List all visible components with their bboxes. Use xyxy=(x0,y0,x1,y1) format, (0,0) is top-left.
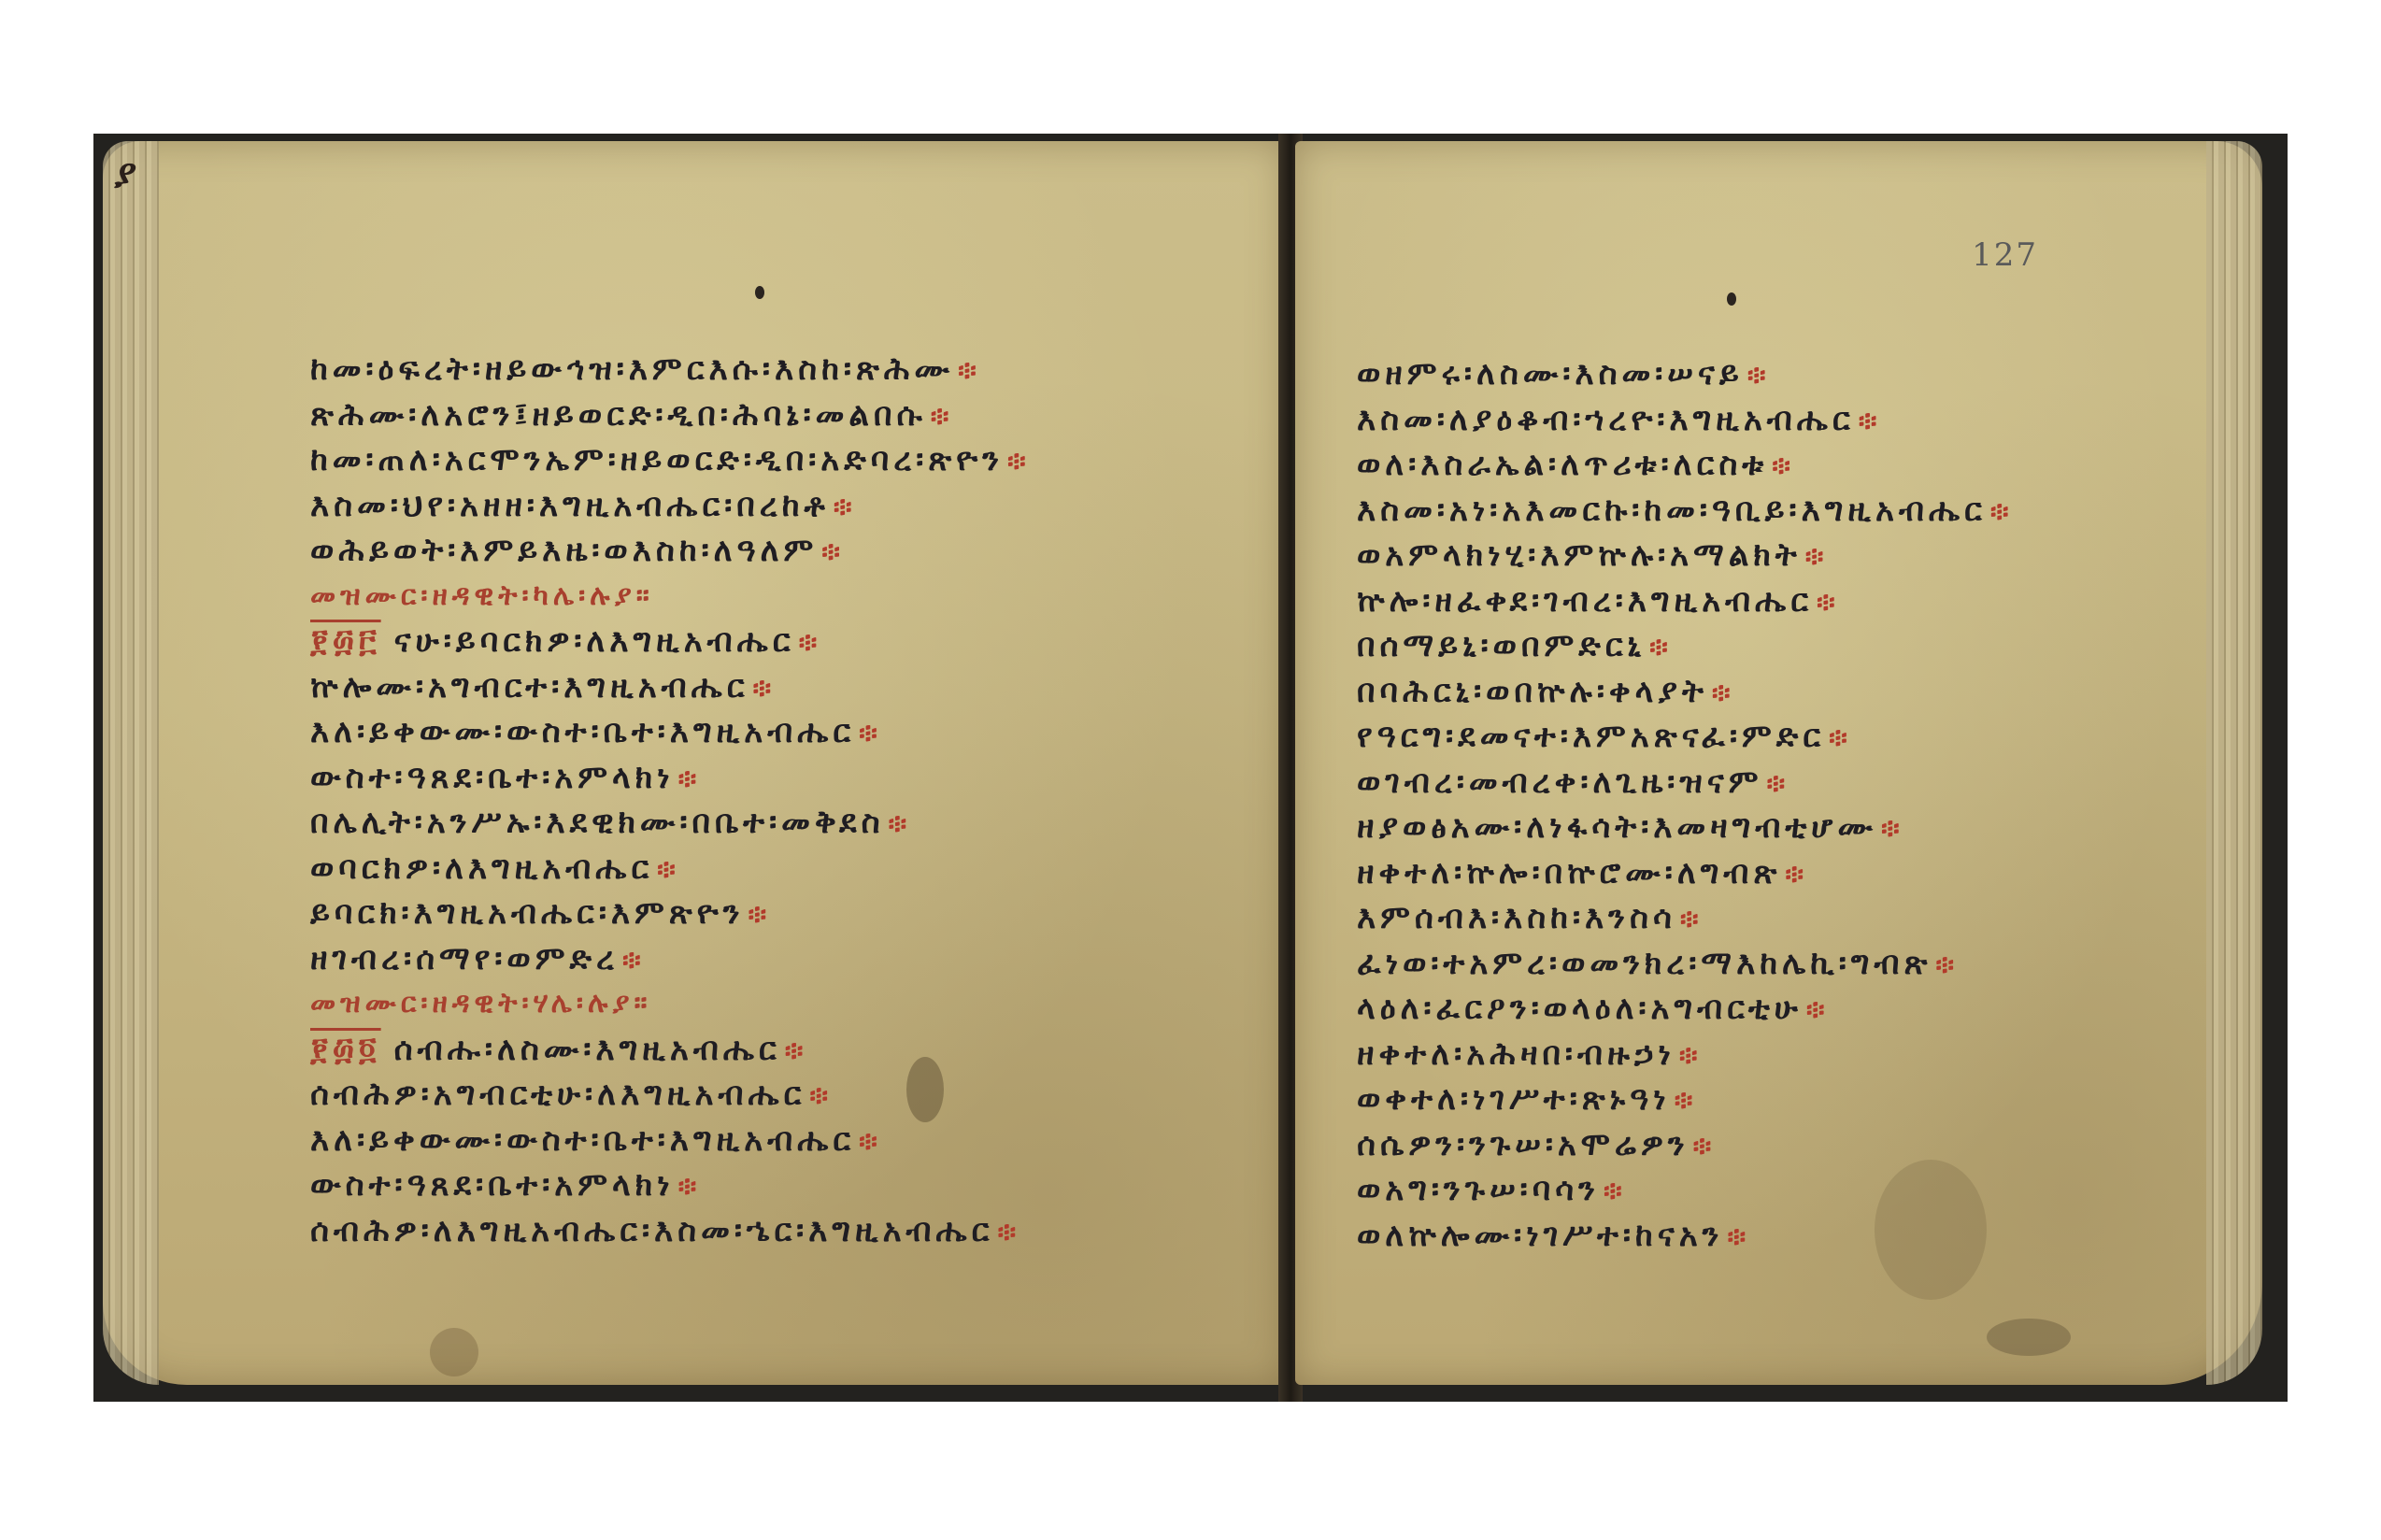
verse-stop-mark: ፨ xyxy=(678,763,702,794)
verse-stop-mark: ፨ xyxy=(1679,1040,1703,1071)
line-text: ውስተ፡ዓጸደ፡ቤተ፡አምላክነ xyxy=(310,1166,675,1204)
rubric-heading: መዝሙር፡ዘዳዊት፡ሃሌ፡ሉያ። xyxy=(310,981,1031,1027)
text-line: ወአምላክነሂ፡እምኵሉ፡አማልክት፨ xyxy=(1357,533,2014,578)
verse-stop-mark: ፨ xyxy=(678,1171,702,1202)
text-line: ሰሴዎን፡ንጉሠ፡አሞሬዎን፨ xyxy=(1357,1122,2014,1168)
text-line: የዓርግ፡ደመናተ፡እምአጽናፈ፡ምድር፨ xyxy=(1357,714,2014,760)
line-text: ላዕለ፡ፈርዖን፡ወላዕለ፡አግብርቲሁ xyxy=(1357,990,1803,1027)
line-text: እለ፡ይቀውሙ፡ውስተ፡ቤተ፡እግዚአብሔር xyxy=(310,1121,855,1159)
verse-stop-mark: ፨ xyxy=(785,1035,808,1066)
line-text: እስመ፡አነ፡አእመርኩ፡ከመ፡ዓቢይ፡እግዚአብሔር xyxy=(1357,492,1987,529)
line-text: እለ፡ይቀውሙ፡ውስተ፡ቤተ፡እግዚአብሔር xyxy=(310,713,855,750)
line-text: ዘቀተለ፡ኵሎ፡በኵሮሙ፡ለግብጽ xyxy=(1357,854,1781,891)
verse-stop-mark: ፨ xyxy=(1805,541,1829,572)
verse-stop-mark: ፨ xyxy=(1680,904,1704,934)
line-text: እስመ፡ለያዕቆብ፡ኀረዮ፡እግዚአብሔር xyxy=(1357,401,1855,438)
text-line: ጽሕሙ፡ለአሮን፤ዘይወርድ፡ዲበ፡ሕባኔ፡መልበሱ፨ xyxy=(310,392,1031,438)
verse-stop-mark: ፨ xyxy=(657,854,680,885)
text-line: እስመ፡ህየ፡አዘዘ፡እግዚአብሔር፡በረከቶ፨ xyxy=(310,483,1031,529)
text-line: ወባርክዎ፡ለእግዚአብሔር፨ xyxy=(310,846,1031,891)
text-line: ወለኵሎሙ፡ነገሥተ፡ከናአን፨ xyxy=(1357,1213,2014,1259)
text-line: በባሕርኒ፡ወበኵሉ፡ቀላያት፨ xyxy=(1357,669,2014,715)
verse-stop-mark: ፨ xyxy=(859,718,882,749)
manuscript-scan: ያ ከመ፡ዕፍረት፡ዘይውኅዝ፡እምርእሱ፡እስከ፡ጽሕሙ፨ ጽሕሙ፡ለአሮን፤… xyxy=(93,134,2288,1402)
text-line: እለ፡ይቀውሙ፡ውስተ፡ቤተ፡እግዚአብሔር፨ xyxy=(310,709,1031,755)
verse-stop-mark: ፨ xyxy=(821,536,845,567)
ink-dot xyxy=(1727,292,1736,306)
line-text: ኵሎ፡ዘፈቀደ፡ገብረ፡እግዚአብሔር xyxy=(1357,582,1813,620)
text-line: ወገብረ፡መብረቀ፡ለጊዜ፡ዝናም፨ xyxy=(1357,760,2014,806)
line-text: ወአግ፡ንጉሠ፡ባሳን xyxy=(1357,1171,1600,1208)
verse-stop-mark: ፨ xyxy=(1767,768,1790,799)
stain xyxy=(1987,1319,2071,1356)
verse-stop-mark: ፨ xyxy=(1859,406,1882,436)
text-line: ፈነወ፡ተአምረ፡ወመንክረ፡ማእከሌኪ፡ግብጽ፨ xyxy=(1357,941,2014,987)
line-text: ኵሎሙ፡አግብርተ፡እግዚአብሔር xyxy=(310,668,749,706)
verse-stop-mark: ፨ xyxy=(1829,722,1852,753)
line-text: ጽሕሙ፡ለአሮን፤ዘይወርድ፡ዲበ፡ሕባኔ፡መልበሱ xyxy=(310,396,927,434)
text-line: ኵሎሙ፡አግብርተ፡እግዚአብሔር፨ xyxy=(310,664,1031,710)
line-text: ከመ፡ጠለ፡አርሞንኤም፡ዘይወርድ፡ዲበ፡አድባረ፡ጽዮን xyxy=(310,441,1004,478)
psalm-number: ፻፴፬ xyxy=(310,1031,381,1068)
verse-stop-mark: ፨ xyxy=(1712,677,1735,708)
verse-stop-mark: ፨ xyxy=(1990,496,2014,527)
page-edges-right xyxy=(2206,141,2262,1385)
text-line: ከመ፡ዕፍረት፡ዘይውኅዝ፡እምርእሱ፡እስከ፡ጽሕሙ፨ xyxy=(310,347,1031,392)
verse-stop-mark: ፨ xyxy=(1649,632,1673,663)
line-text: በሌሊት፡አንሥኡ፡እደዊክሙ፡በቤተ፡መቅደስ xyxy=(310,804,885,841)
psalm-number: ፻፴፫ xyxy=(310,622,381,660)
verse-stop-mark: ፨ xyxy=(622,945,646,976)
line-text: ውስተ፡ዓጸደ፡ቤተ፡አምላክነ xyxy=(310,759,675,796)
rubric-text: መዝሙር፡ዘዳዊት፡ካሌ፡ሉያ። xyxy=(310,579,654,612)
verse-stop-mark: ፨ xyxy=(1935,949,1959,980)
text-line: ከመ፡ጠለ፡አርሞንኤም፡ዘይወርድ፡ዲበ፡አድባረ፡ጽዮን፨ xyxy=(310,437,1031,483)
line-text: ወለኵሎሙ፡ነገሥተ፡ከናአን xyxy=(1357,1217,1723,1254)
text-line: ውስተ፡ዓጸደ፡ቤተ፡አምላክነ፨ xyxy=(310,755,1031,801)
line-text: ሰብሕዎ፡አግብርቲሁ፡ለእግዚአብሔር xyxy=(310,1076,806,1113)
verse-stop-mark: ፨ xyxy=(809,1080,833,1111)
line-text: የዓርግ፡ደመናተ፡እምአጽናፈ፡ምድር xyxy=(1357,718,1825,755)
line-text: ይባርክ፡እግዚአብሔር፡እምጽዮን xyxy=(310,894,745,932)
text-line: ዘገብረ፡ሰማየ፡ወምድረ፨ xyxy=(310,936,1031,982)
verse-stop-mark: ፨ xyxy=(1693,1131,1717,1162)
line-text: ወቀተለ፡ነገሥተ፡ጽኑዓነ xyxy=(1357,1080,1671,1118)
verse-stop-mark: ፨ xyxy=(799,627,822,658)
text-line: እምሰብእ፡እስከ፡እንስሳ፨ xyxy=(1357,895,2014,941)
line-text: ወሕይወት፡እምይእዜ፡ወእስከ፡ለዓለም xyxy=(310,532,818,569)
text-line: ፻፴፬ሰብሑ፡ለስሙ፡እግዚአብሔር፨ xyxy=(310,1027,1031,1073)
line-text: ሰብሕዎ፡ለእግዚአብሔር፡እስመ፡ኄር፡እግዚአብሔር xyxy=(310,1212,993,1249)
text-line: ኵሎ፡ዘፈቀደ፡ገብረ፡እግዚአብሔር፨ xyxy=(1357,578,2014,624)
verse-stop-mark: ፨ xyxy=(931,401,954,432)
verse-stop-mark: ፨ xyxy=(1806,994,1830,1025)
line-text: እስመ፡ህየ፡አዘዘ፡እግዚአብሔር፡በረከቶ xyxy=(310,487,830,524)
rubric-heading: መዝሙር፡ዘዳዊት፡ካሌ፡ሉያ። xyxy=(310,574,1031,620)
verse-stop-mark: ፨ xyxy=(1785,859,1808,890)
text-line: ወዘምሩ፡ለስሙ፡እስመ፡ሠናይ፨ xyxy=(1357,351,2014,397)
text-line: ላዕለ፡ፈርዖን፡ወላዕለ፡አግብርቲሁ፨ xyxy=(1357,986,2014,1032)
text-line: በሰማይኒ፡ወበምድርኒ፨ xyxy=(1357,623,2014,669)
verse-stop-mark: ፨ xyxy=(958,355,981,386)
left-text-block: ከመ፡ዕፍረት፡ዘይውኅዝ፡እምርእሱ፡እስከ፡ጽሕሙ፨ ጽሕሙ፡ለአሮን፤ዘይ… xyxy=(310,347,1031,1253)
text-line: ወለ፡እስራኤል፡ለጥሪቱ፡ለርስቱ፨ xyxy=(1357,442,2014,488)
text-line: ወቀተለ፡ነገሥተ፡ጽኑዓነ፨ xyxy=(1357,1077,2014,1122)
text-line: ዘቀተለ፡አሕዛበ፡ብዙኃነ፨ xyxy=(1357,1032,2014,1077)
line-text: እምሰብእ፡እስከ፡እንስሳ xyxy=(1357,899,1676,936)
rubric-text: መዝሙር፡ዘዳዊት፡ሃሌ፡ሉያ። xyxy=(310,987,652,1020)
line-text: ወባርክዎ፡ለእግዚአብሔር xyxy=(310,849,653,887)
text-line: ወአግ፡ንጉሠ፡ባሳን፨ xyxy=(1357,1167,2014,1213)
verse-stop-mark: ፨ xyxy=(1881,813,1904,844)
corner-mark-left: ያ xyxy=(114,152,136,195)
right-text-block: ወዘምሩ፡ለስሙ፡እስመ፡ሠናይ፨ እስመ፡ለያዕቆብ፡ኀረዮ፡እግዚአብሔር፨… xyxy=(1357,351,2014,1258)
line-text: ወዘምሩ፡ለስሙ፡እስመ፡ሠናይ xyxy=(1357,355,1744,392)
right-page: 127 ወዘምሩ፡ለስሙ፡እስመ፡ሠናይ፨ እስመ፡ለያዕቆብ፡ኀረዮ፡እግዚአ… xyxy=(1295,141,2262,1385)
verse-stop-mark: ፨ xyxy=(1727,1221,1750,1252)
text-line: ውስተ፡ዓጸደ፡ቤተ፡አምላክነ፨ xyxy=(310,1162,1031,1208)
line-text: ሰሴዎን፡ንጉሠ፡አሞሬዎን xyxy=(1357,1126,1690,1163)
text-line: ዘቀተለ፡ኵሎ፡በኵሮሙ፡ለግብጽ፨ xyxy=(1357,850,2014,896)
text-line: ፻፴፫ናሁ፡ይባርክዎ፡ለእግዚአብሔር፨ xyxy=(310,619,1031,664)
page-edges-left xyxy=(103,141,159,1385)
text-line: ይባርክ፡እግዚአብሔር፡እምጽዮን፨ xyxy=(310,891,1031,936)
text-line: ዘያወፅአሙ፡ለነፋሳት፡እመዛግብቲሆሙ፨ xyxy=(1357,805,2014,850)
verse-stop-mark: ፨ xyxy=(889,808,912,839)
verse-stop-mark: ፨ xyxy=(997,1217,1020,1248)
verse-stop-mark: ፨ xyxy=(749,899,772,930)
line-text: ወአምላክነሂ፡እምኵሉ፡አማልክት xyxy=(1357,536,1802,574)
text-line: ሰብሕዎ፡ለእግዚአብሔር፡እስመ፡ኄር፡እግዚአብሔር፨ xyxy=(310,1208,1031,1254)
left-page: ያ ከመ፡ዕፍረት፡ዘይውኅዝ፡እምርእሱ፡እስከ፡ጽሕሙ፨ ጽሕሙ፡ለአሮን፤… xyxy=(103,141,1285,1385)
text-line: በሌሊት፡አንሥኡ፡እደዊክሙ፡በቤተ፡መቅደስ፨ xyxy=(310,800,1031,846)
text-line: እስመ፡አነ፡አእመርኩ፡ከመ፡ዓቢይ፡እግዚአብሔር፨ xyxy=(1357,488,2014,534)
line-text: ሰብሑ፡ለስሙ፡እግዚአብሔር xyxy=(394,1031,781,1068)
verse-stop-mark: ፨ xyxy=(1675,1085,1698,1116)
verse-stop-mark: ፨ xyxy=(1817,587,1840,618)
text-line: ሰብሕዎ፡አግብርቲሁ፡ለእግዚአብሔር፨ xyxy=(310,1072,1031,1118)
ink-dot xyxy=(755,286,764,299)
verse-stop-mark: ፨ xyxy=(859,1126,882,1157)
line-text: ከመ፡ዕፍረት፡ዘይውኅዝ፡እምርእሱ፡እስከ፡ጽሕሙ xyxy=(310,350,954,388)
verse-stop-mark: ፨ xyxy=(1772,450,1795,481)
verse-stop-mark: ፨ xyxy=(1604,1176,1627,1206)
line-text: በሰማይኒ፡ወበምድርኒ xyxy=(1357,627,1646,664)
line-text: ወለ፡እስራኤል፡ለጥሪቱ፡ለርስቱ xyxy=(1357,446,1768,483)
line-text: ዘቀተለ፡አሕዛበ፡ብዙኃነ xyxy=(1357,1035,1675,1073)
line-text: ዘገብረ፡ሰማየ፡ወምድረ xyxy=(310,940,619,977)
text-line: እለ፡ይቀውሙ፡ውስተ፡ቤተ፡እግዚአብሔር፨ xyxy=(310,1118,1031,1163)
text-line: ወሕይወት፡እምይእዜ፡ወእስከ፡ለዓለም፨ xyxy=(310,528,1031,574)
line-text: ናሁ፡ይባርክዎ፡ለእግዚአብሔር xyxy=(394,622,795,660)
stain xyxy=(430,1328,478,1376)
line-text: ዘያወፅአሙ፡ለነፋሳት፡እመዛግብቲሆሙ xyxy=(1357,808,1877,846)
verse-stop-mark: ፨ xyxy=(753,673,777,704)
line-text: ፈነወ፡ተአምረ፡ወመንክረ፡ማእከሌኪ፡ግብጽ xyxy=(1357,945,1932,982)
folio-number: 127 xyxy=(1972,236,2038,274)
verse-stop-mark: ፨ xyxy=(1747,360,1771,391)
verse-stop-mark: ፨ xyxy=(1007,446,1031,477)
line-text: በባሕርኒ፡ወበኵሉ፡ቀላያት xyxy=(1357,673,1708,710)
verse-stop-mark: ፨ xyxy=(834,492,857,522)
line-text: ወገብረ፡መብረቀ፡ለጊዜ፡ዝናም xyxy=(1357,763,1763,801)
text-line: እስመ፡ለያዕቆብ፡ኀረዮ፡እግዚአብሔር፨ xyxy=(1357,397,2014,443)
